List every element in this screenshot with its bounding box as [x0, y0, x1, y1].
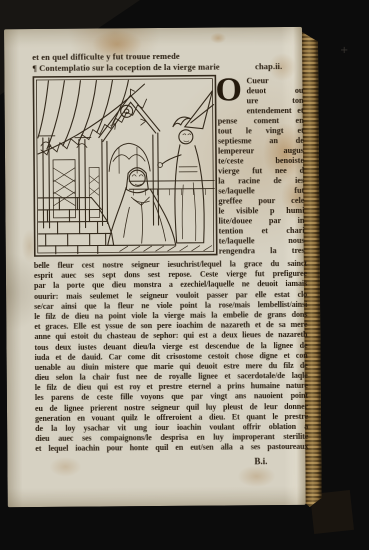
column-text-line: greffee pour cele	[218, 196, 304, 207]
foxing-stain	[49, 457, 81, 477]
virgin-mary-figure	[107, 167, 176, 245]
column-text-line: lite/douee par in	[218, 216, 304, 227]
column-text-line: tout le vingt et	[218, 126, 304, 137]
chapter-heading-text: ¶ Contemplatio sur la coception de la vi…	[32, 61, 220, 73]
page-header: et en quel difficulte y fut trouue remed…	[32, 50, 282, 73]
gothic-niche	[98, 89, 160, 225]
body-text-line: et lequel ioachin pour honte quil en eut…	[35, 442, 308, 454]
ground-hatching	[120, 246, 212, 252]
column-text-line: la racine de ies	[218, 176, 304, 187]
back-wall	[129, 181, 214, 196]
chapter-number: chap.ii.	[255, 61, 282, 72]
book-block: et en quel difficulte y fut trouue remed…	[4, 27, 324, 513]
intro-column: O Cueurdeuot ouure tonentendement etpens…	[217, 76, 304, 257]
book-page: et en quel difficulte y fut trouue remed…	[4, 27, 306, 507]
foxing-stain	[210, 32, 226, 43]
column-text-line: entendement et	[247, 106, 304, 116]
column-text-line: Cueur	[246, 76, 303, 86]
column-text-line: ure ton	[247, 96, 304, 106]
body-text-lines: belle fleur cest nostre seigneur iesuchr…	[34, 259, 309, 455]
column-text-line: septiesme an de	[218, 136, 304, 147]
signature-mark: B.i.	[187, 456, 267, 467]
column-text-line: le visible p humi	[218, 206, 304, 217]
column-text-line: deuot ou	[246, 86, 303, 96]
column-text-line: te/ceste benoiste	[218, 156, 304, 167]
drop-cap-initial: O	[215, 73, 242, 106]
foxing-stain	[237, 465, 275, 487]
margin-cross-mark: +	[340, 46, 348, 56]
chapter-heading-line: ¶ Contemplatio sur la coception de la vi…	[32, 61, 282, 73]
column-text-line: tention et chari	[219, 226, 305, 237]
column-text-line: vierge fut nee d	[218, 166, 304, 177]
body-text: belle fleur cest nostre seigneur iesuchr…	[34, 259, 309, 455]
annunciation-woodcut	[32, 75, 217, 257]
column-text-line: pense coment en	[218, 116, 304, 127]
column-text-line: te/laquelle nous	[219, 236, 305, 247]
column-text-line: lempereur augus	[218, 146, 304, 157]
angel-gabriel-figure	[157, 91, 215, 243]
column-text-line: se/laquelle fut	[218, 186, 304, 197]
book-scan-photo: { "header": { "line1": "et en quel diffi…	[0, 0, 369, 550]
column-text-line: rengendra la tres	[219, 246, 305, 257]
